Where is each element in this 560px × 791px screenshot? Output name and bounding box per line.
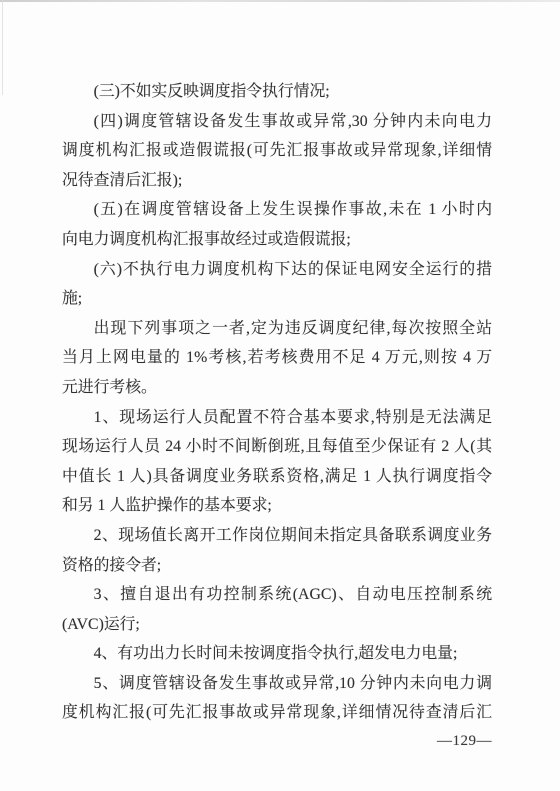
text-line: 和另 1 人监护操作的基本要求;	[62, 491, 492, 521]
text-line: (三)不如实反映调度指令执行情况;	[62, 77, 492, 107]
text-line: 度机构汇报(可先汇报事故或异常现象,详细情况待查清后汇	[62, 698, 492, 728]
page-number: —129—	[437, 733, 492, 750]
text-line: 资格的接令者;	[62, 551, 492, 581]
paragraph: 2、现场值长离开工作岗位期间未指定具备联系调度业务资格的接令者;	[62, 521, 492, 580]
text-line: (AVC)运行;	[62, 610, 492, 640]
text-line: 当月上网电量的 1%考核,若考核费用不足 4 万元,则按 4 万	[62, 343, 492, 373]
paragraph: 5、调度管辖设备发生事故或异常,10 分钟内未向电力调度机构汇报(可先汇报事故或…	[62, 669, 492, 728]
paragraph: 出现下列事项之一者,定为违反调度纪律,每次按照全站当月上网电量的 1%考核,若考…	[62, 314, 492, 403]
text-line: 施;	[62, 284, 492, 314]
paragraph: (六)不执行电力调度机构下达的保证电网安全运行的措施;	[62, 255, 492, 314]
text-line: (五)在调度管辖设备上发生误操作事故,未在 1 小时内	[62, 195, 492, 225]
text-line: 5、调度管辖设备发生事故或异常,10 分钟内未向电力调	[62, 669, 492, 699]
scan-artifact-left-edge	[2, 0, 3, 95]
text-line: 调度机构汇报或造假谎报(可先汇报事故或异常现象,详细情	[62, 136, 492, 166]
text-line: 3、擅自退出有功控制系统(AGC)、自动电压控制系统	[62, 580, 492, 610]
paragraph: 1、现场运行人员配置不符合基本要求,特别是无法满足现场运行人员 24 小时不间断…	[62, 403, 492, 521]
text-line: (四)调度管辖设备发生事故或异常,30 分钟内未向电力	[62, 107, 492, 137]
paragraph: 3、擅自退出有功控制系统(AGC)、自动电压控制系统(AVC)运行;	[62, 580, 492, 639]
text-line: 现场运行人员 24 小时不间断倒班,且每值至少保证有 2 人(其	[62, 432, 492, 462]
text-line: 1、现场运行人员配置不符合基本要求,特别是无法满足	[62, 403, 492, 433]
text-line: 4、有功出力长时间未按调度指令执行,超发电力电量;	[62, 639, 492, 669]
paragraph: (四)调度管辖设备发生事故或异常,30 分钟内未向电力调度机构汇报或造假谎报(可…	[62, 107, 492, 196]
text-line: 况待查清后汇报);	[62, 166, 492, 196]
text-line: 出现下列事项之一者,定为违反调度纪律,每次按照全站	[62, 314, 492, 344]
text-line: (六)不执行电力调度机构下达的保证电网安全运行的措	[62, 255, 492, 285]
text-line: 中值长 1 人)具备调度业务联系资格,满足 1 人执行调度指令	[62, 462, 492, 492]
text-line: 元进行考核。	[62, 373, 492, 403]
text-line: 向电力调度机构汇报事故经过或造假谎报;	[62, 225, 492, 255]
document-page: (三)不如实反映调度指令执行情况;(四)调度管辖设备发生事故或异常,30 分钟内…	[0, 0, 560, 791]
scan-artifact-top-edge	[0, 0, 560, 2]
paragraph: (三)不如实反映调度指令执行情况;	[62, 77, 492, 107]
text-line: 2、现场值长离开工作岗位期间未指定具备联系调度业务	[62, 521, 492, 551]
paragraph: 4、有功出力长时间未按调度指令执行,超发电力电量;	[62, 639, 492, 669]
document-body: (三)不如实反映调度指令执行情况;(四)调度管辖设备发生事故或异常,30 分钟内…	[62, 77, 492, 728]
paragraph: (五)在调度管辖设备上发生误操作事故,未在 1 小时内向电力调度机构汇报事故经过…	[62, 195, 492, 254]
